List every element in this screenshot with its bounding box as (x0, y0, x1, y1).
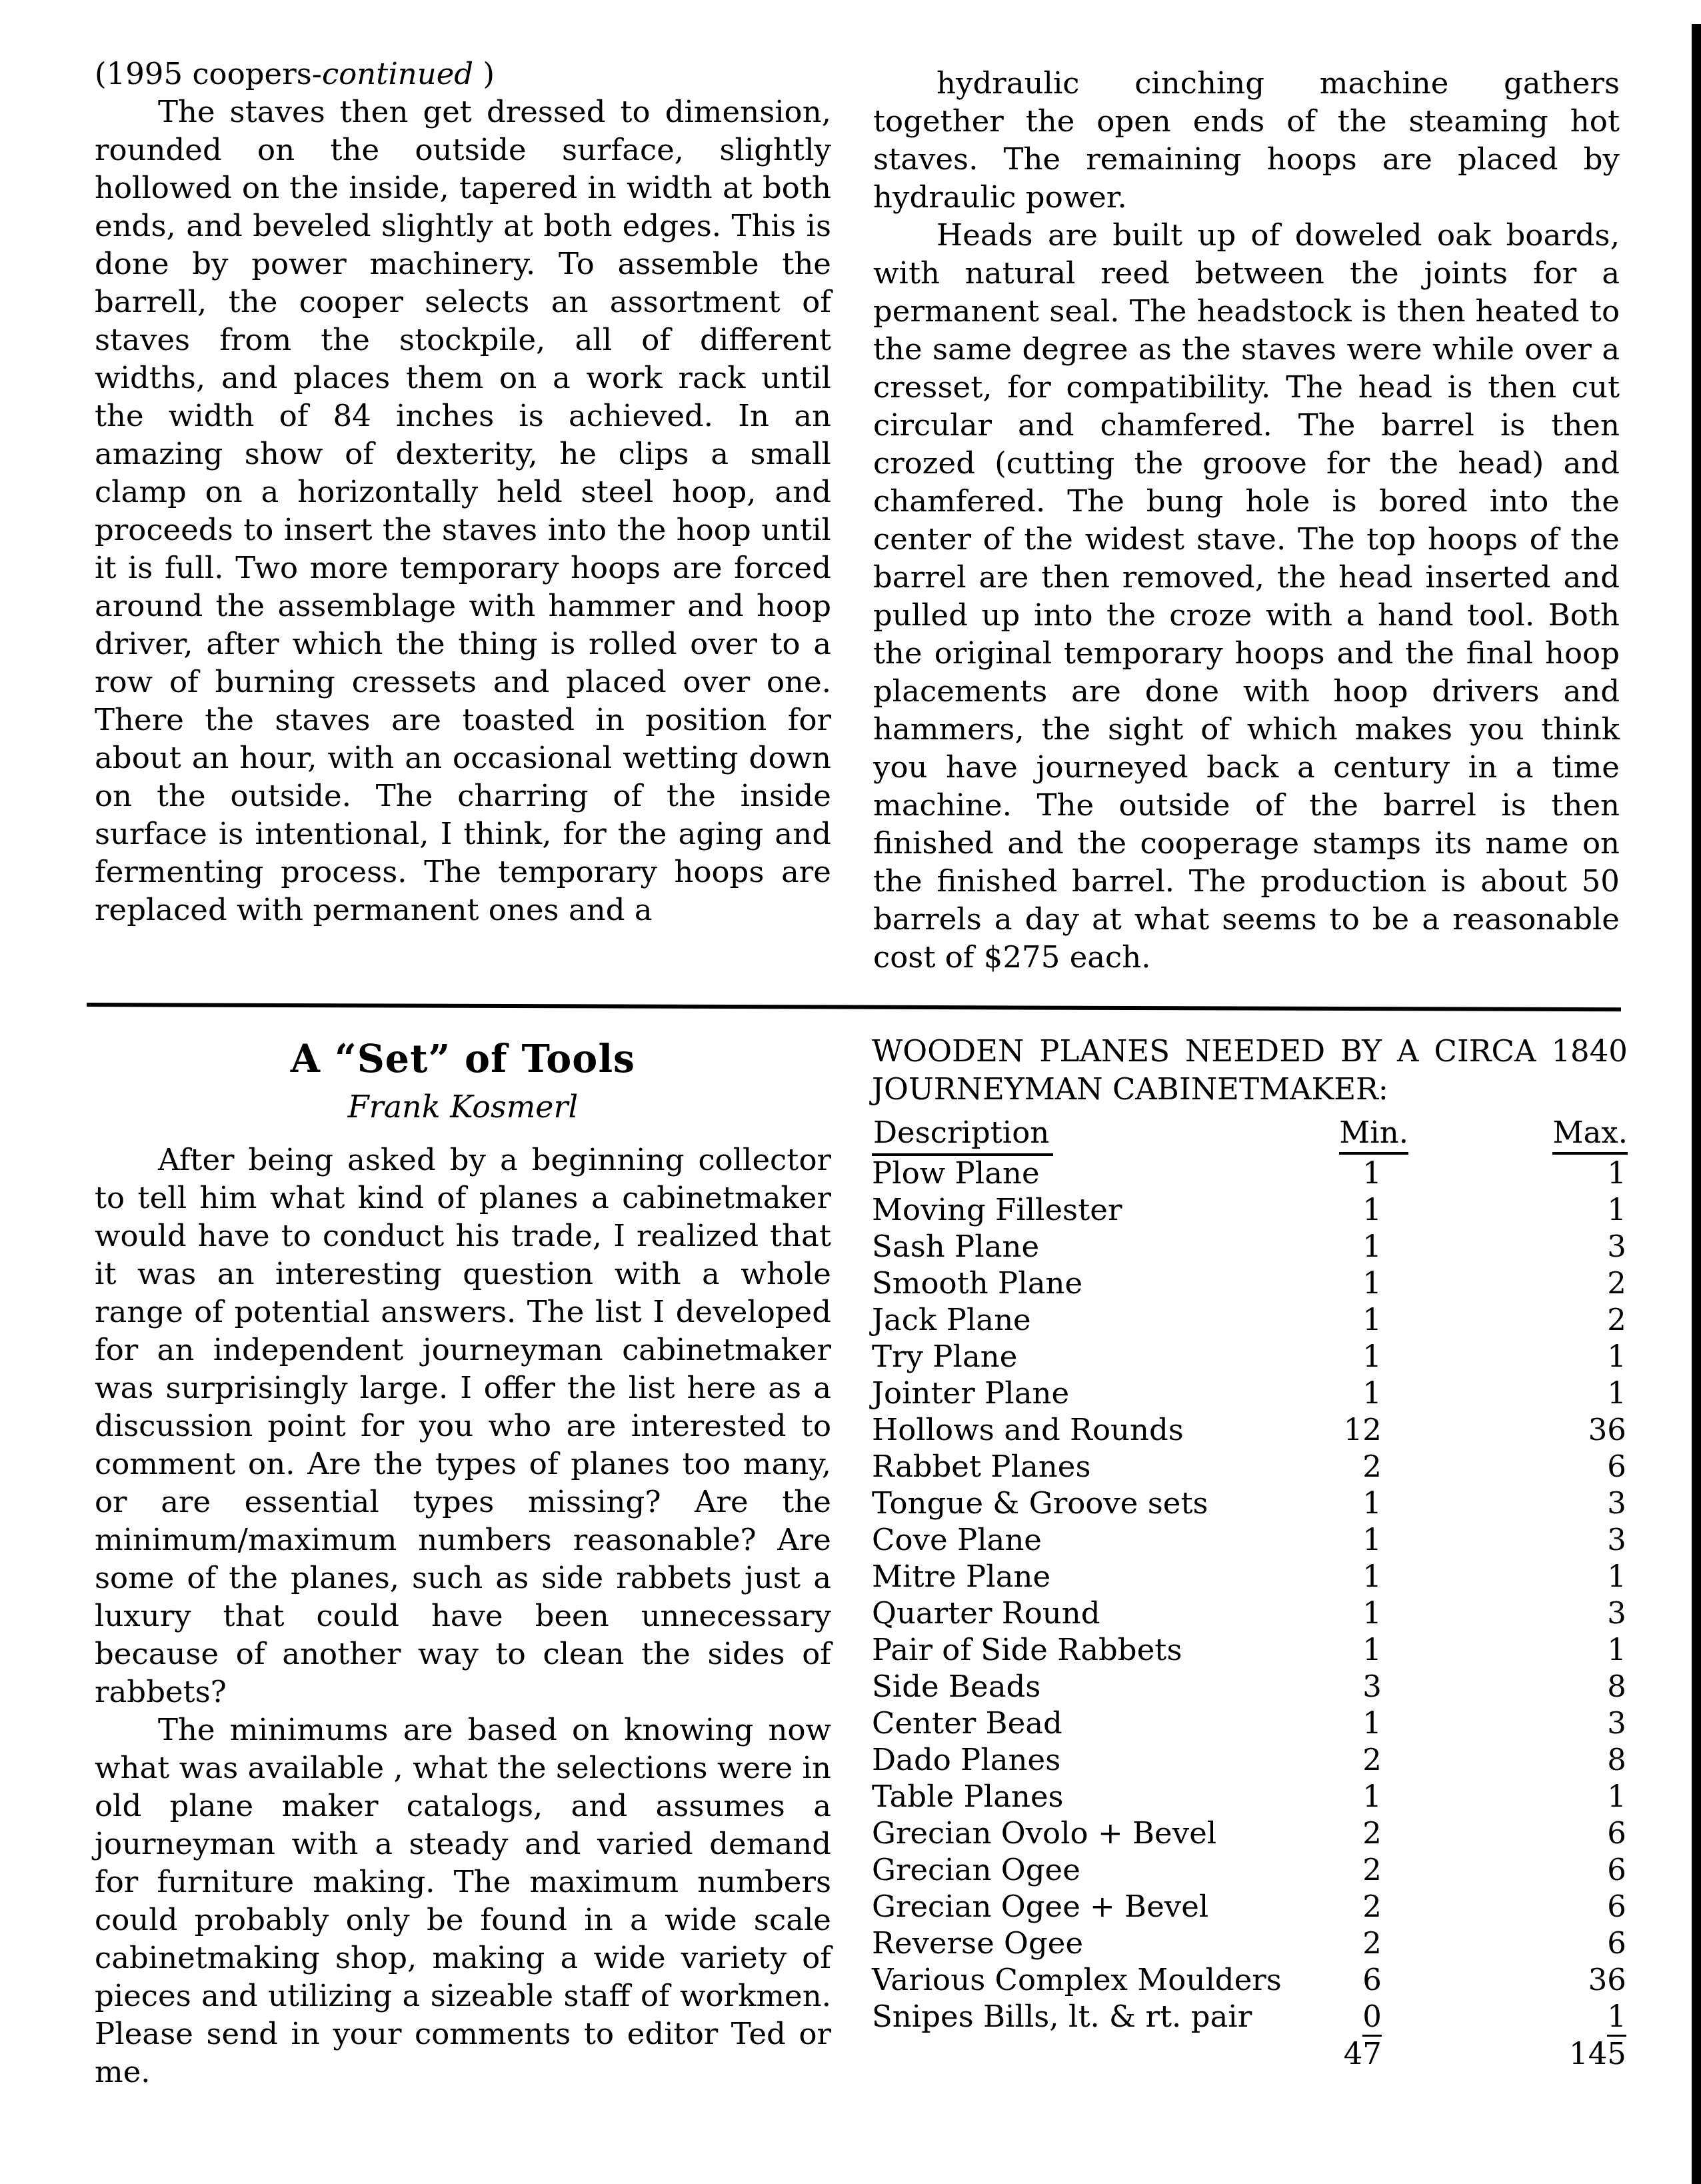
column-header-description: Description (872, 1113, 1053, 1156)
plane-description: Table Planes (872, 1778, 1064, 1815)
planes-heading-line1: WOODEN PLANES NEEDED BY A CIRCA 1840 (872, 1032, 1628, 1070)
plane-min-value: 1 (1245, 1301, 1382, 1338)
plane-min-value: 1 (1245, 1521, 1382, 1558)
plane-description: Smooth Plane (872, 1265, 1082, 1301)
plane-min-value: 2 (1245, 1741, 1382, 1778)
table-row: Jointer Plane11 (872, 1375, 1628, 1411)
planes-table-heading: WOODEN PLANES NEEDED BY A CIRCA 1840 JOU… (872, 1032, 1628, 1108)
plane-description: Reverse Ogee (872, 1925, 1083, 1961)
table-row: Quarter Round13 (872, 1595, 1628, 1631)
plane-max-value: 2 (1380, 1265, 1626, 1301)
coopers-article-right-column: hydraulic cinching machine gathers toget… (873, 64, 1620, 976)
plane-min-value: 1 (1245, 1631, 1382, 1668)
table-row: Center Bead13 (872, 1705, 1628, 1741)
table-row: Various Complex Moulders636 (872, 1961, 1628, 1998)
table-row: Pair of Side Rabbets11 (872, 1631, 1628, 1668)
table-row: Jack Plane12 (872, 1301, 1628, 1338)
plane-max-value: 1 (1380, 1338, 1626, 1375)
plane-min-value: 1 (1245, 1155, 1382, 1191)
table-row: Snipes Bills, lt. & rt. pair01 (872, 1998, 1628, 2035)
plane-min-value: 1 (1245, 1338, 1382, 1375)
tools-paragraph-2: The minimums are based on knowing now wh… (95, 1711, 831, 2091)
plane-min-value: 2 (1245, 1888, 1382, 1925)
plane-description: Jack Plane (872, 1301, 1031, 1338)
tools-paragraph-1: After being asked by a beginning collect… (95, 1141, 831, 1711)
plane-description: Grecian Ogee + Bevel (872, 1888, 1208, 1925)
plane-max-value: 6 (1380, 1888, 1626, 1925)
plane-max-value: 6 (1380, 1925, 1626, 1961)
plane-min-value: 1 (1245, 1705, 1382, 1741)
plane-description: Pair of Side Rabbets (872, 1631, 1182, 1668)
plane-min-value: 3 (1245, 1668, 1382, 1705)
scan-edge-artifact (1692, 24, 1701, 2184)
plane-min-value: 2 (1245, 1448, 1382, 1485)
plane-min-value: 1 (1245, 1778, 1382, 1815)
plane-description: Grecian Ogee (872, 1851, 1080, 1888)
plane-max-value: 2 (1380, 1301, 1626, 1338)
plane-description: Rabbet Planes (872, 1448, 1091, 1485)
plane-description: Sash Plane (872, 1228, 1039, 1265)
plane-max-value: 3 (1380, 1485, 1626, 1521)
plane-max-value: 3 (1380, 1228, 1626, 1265)
planes-table-section: WOODEN PLANES NEEDED BY A CIRCA 1840 JOU… (872, 1032, 1628, 2073)
plane-description: Mitre Plane (872, 1558, 1050, 1595)
plane-min-value: 1 (1245, 1558, 1382, 1595)
plane-description: Plow Plane (872, 1155, 1040, 1191)
plane-min-value: 6 (1245, 1961, 1382, 1998)
plane-description: Center Bead (872, 1705, 1062, 1741)
table-row: Grecian Ogee + Bevel26 (872, 1888, 1628, 1925)
plane-max-value: 1 (1380, 1558, 1626, 1595)
table-row: Sash Plane13 (872, 1228, 1628, 1265)
totals-row: 47 145 (872, 2035, 1628, 2073)
table-row: Dado Planes28 (872, 1741, 1628, 1778)
plane-min-value: 1 (1245, 1191, 1382, 1228)
column-header-max: Max. (1381, 1113, 1628, 1151)
plane-description: Quarter Round (872, 1595, 1100, 1631)
table-row: Hollows and Rounds1236 (872, 1411, 1628, 1448)
plane-min-value: 1 (1245, 1595, 1382, 1631)
plane-max-value: 1 (1380, 1155, 1626, 1191)
table-row: Plow Plane11 (872, 1155, 1628, 1191)
table-row: Smooth Plane12 (872, 1265, 1628, 1301)
section-divider-rule (87, 1003, 1621, 1011)
table-row: Grecian Ogee26 (872, 1851, 1628, 1888)
plane-min-value: 1 (1245, 1485, 1382, 1521)
planes-heading-line2: JOURNEYMAN CABINETMAKER: (872, 1070, 1628, 1108)
plane-min-value: 1 (1245, 1228, 1382, 1265)
continuation-suffix: ) (473, 56, 495, 91)
plane-description: Hollows and Rounds (872, 1411, 1184, 1448)
plane-max-value: 8 (1380, 1668, 1626, 1705)
plane-max-value: 3 (1380, 1705, 1626, 1741)
plane-min-value: 12 (1245, 1411, 1382, 1448)
plane-description: Various Complex Moulders (872, 1961, 1282, 1998)
plane-description: Moving Fillester (872, 1191, 1122, 1228)
plane-description: Try Plane (872, 1338, 1017, 1375)
table-row: Moving Fillester11 (872, 1191, 1628, 1228)
plane-max-value: 6 (1380, 1815, 1626, 1851)
tools-article-column: A “Set” of Tools Frank Kosmerl After bei… (95, 1037, 831, 2091)
table-row: Rabbet Planes26 (872, 1448, 1628, 1485)
plane-min-value: 1 (1245, 1265, 1382, 1301)
coopers-article-left-column: (1995 coopers-continued ) The staves the… (95, 55, 831, 929)
plane-max-value: 1 (1380, 1631, 1626, 1668)
plane-description: Grecian Ovolo + Bevel (872, 1815, 1216, 1851)
plane-min-value: 2 (1245, 1851, 1382, 1888)
plane-max-value: 1 (1380, 1778, 1626, 1815)
table-row: Try Plane11 (872, 1338, 1628, 1375)
coopers-paragraph-right-2: Heads are built up of doweled oak boards… (873, 216, 1620, 976)
article-title: A “Set” of Tools (95, 1037, 831, 1081)
plane-min-value: 0 (1245, 1998, 1382, 2035)
totals-max: 145 (1380, 2035, 1626, 2073)
table-row: Grecian Ovolo + Bevel26 (872, 1815, 1628, 1851)
plane-min-value: 2 (1245, 1815, 1382, 1851)
plane-max-value: 36 (1380, 1411, 1626, 1448)
planes-table-header-row: Description Min. Max. (872, 1113, 1628, 1155)
table-row: Reverse Ogee26 (872, 1925, 1628, 1961)
coopers-paragraph-left: The staves then get dressed to dimension… (95, 93, 831, 929)
planes-table-rows: Plow Plane11Moving Fillester11Sash Plane… (872, 1155, 1628, 2035)
plane-min-value: 1 (1245, 1375, 1382, 1411)
continuation-note: (1995 coopers-continued ) (95, 55, 831, 93)
plane-description: Snipes Bills, lt. & rt. pair (872, 1998, 1252, 2035)
planes-table: Description Min. Max. Plow Plane11Moving… (872, 1113, 1628, 2073)
article-byline: Frank Kosmerl (95, 1088, 831, 1126)
plane-min-value: 2 (1245, 1925, 1382, 1961)
plane-max-value: 8 (1380, 1741, 1626, 1778)
plane-max-value: 36 (1380, 1961, 1626, 1998)
plane-max-value: 1 (1380, 1998, 1626, 2035)
table-row: Cove Plane13 (872, 1521, 1628, 1558)
plane-description: Cove Plane (872, 1521, 1042, 1558)
table-row: Tongue & Groove sets13 (872, 1485, 1628, 1521)
plane-max-value: 1 (1380, 1375, 1626, 1411)
plane-description: Jointer Plane (872, 1375, 1069, 1411)
totals-min: 47 (1245, 2035, 1382, 2073)
plane-max-value: 6 (1380, 1448, 1626, 1485)
continuation-prefix: (1995 coopers- (95, 56, 322, 91)
table-row: Side Beads38 (872, 1668, 1628, 1705)
coopers-paragraph-right-1: hydraulic cinching machine gathers toget… (873, 64, 1620, 216)
plane-max-value: 3 (1380, 1595, 1626, 1631)
plane-max-value: 1 (1380, 1191, 1626, 1228)
plane-description: Side Beads (872, 1668, 1040, 1705)
plane-max-value: 6 (1380, 1851, 1626, 1888)
continuation-italic: continued (322, 56, 473, 91)
table-row: Mitre Plane11 (872, 1558, 1628, 1595)
plane-description: Dado Planes (872, 1741, 1060, 1778)
table-row: Table Planes11 (872, 1778, 1628, 1815)
plane-description: Tongue & Groove sets (872, 1485, 1208, 1521)
plane-max-value: 3 (1380, 1521, 1626, 1558)
